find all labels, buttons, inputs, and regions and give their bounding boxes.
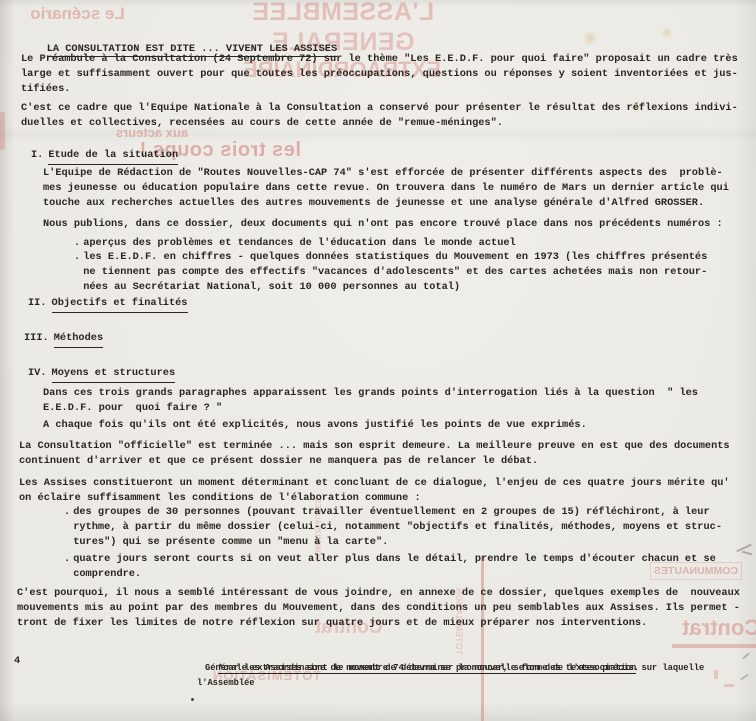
- paragraph-section4-2: A chaque fois qu'ils ont été explicités,…: [43, 418, 587, 433]
- bullet-marker: .: [64, 552, 70, 582]
- footnote-line-2: Générale extraordinaire de novembre 74 d…: [205, 661, 639, 676]
- paragraph-closing-3: C'est pourquoi, il nous a semblé intéres…: [17, 586, 740, 631]
- bullet-item: . des groupes de 30 personnes (pouvant t…: [64, 505, 722, 550]
- paragraph-section1-2: Nous publions, dans ce dossier, deux doc…: [43, 217, 723, 232]
- section-title: Etude de la situation: [48, 148, 178, 165]
- section-numeral: II.: [28, 296, 47, 313]
- section-heading-2: II. Objectifs et finalités: [28, 296, 188, 313]
- section-numeral: III.: [24, 331, 49, 348]
- ink-speck: [191, 698, 194, 701]
- bullet-item: . quatre jours seront courts si on veut …: [64, 552, 716, 582]
- section-title: Objectifs et finalités: [52, 296, 188, 313]
- bullet-text: des groupes de 30 personnes (pouvant tra…: [73, 505, 722, 550]
- section-title: Moyens et structures: [52, 366, 176, 383]
- bullet-marker: .: [64, 505, 70, 550]
- section-title: Méthodes: [54, 331, 103, 348]
- paragraph-section4-1: Dans ces trois grands paragraphes appara…: [43, 386, 698, 416]
- section-heading-1: I. Etude de la situation: [31, 148, 178, 165]
- bullet-marker: .: [74, 236, 80, 251]
- scanned-document-page: Le scénario L'ASSEMBLEE GENERALE EXTRAOR…: [0, 0, 756, 721]
- bullet-item: . aperçus des problèmes et tendances de …: [74, 236, 516, 251]
- bleedthrough-edge-streak: [0, 112, 5, 150]
- section-numeral: IV.: [28, 366, 47, 383]
- bullet-text: quatre jours seront courts si on veut al…: [73, 552, 716, 582]
- paragraph-intro-1: Le Préambule à la Consultation (24 Septe…: [21, 52, 738, 97]
- section-numeral: I.: [31, 148, 43, 165]
- paragraph-section1-1: L'Equipe de Rédaction de "Routes Nouvell…: [43, 166, 729, 211]
- pencil-mark: [742, 551, 752, 556]
- bullet-item: . les E.E.D.F. en chiffres - quelques do…: [74, 250, 707, 295]
- bullet-text: les E.E.D.F. en chiffres - quelques donn…: [83, 250, 707, 295]
- paragraph-closing-2: Les Assises constitueront un moment déte…: [19, 476, 730, 506]
- section-heading-3: III. Méthodes: [24, 331, 103, 348]
- bullet-text: aperçus des problèmes et tendances de l'…: [83, 236, 516, 251]
- section-heading-4: IV. Moyens et structures: [28, 366, 175, 383]
- bullet-marker: .: [74, 250, 80, 295]
- paragraph-intro-2: C'est ce cadre que l'Equipe Nationale à …: [21, 101, 738, 131]
- bleedthrough-assemblee-line: L'ASSEMBLEE: [248, 0, 438, 27]
- paragraph-closing-1: La Consultation "officielle" est terminé…: [19, 439, 730, 469]
- bleedthrough-scenario-text: Le scénario: [20, 4, 135, 24]
- page-number: 4: [14, 654, 20, 669]
- pencil-mark: [736, 544, 751, 553]
- footnote-line-1: *car les Assises sont le moment de déter…: [197, 646, 756, 706]
